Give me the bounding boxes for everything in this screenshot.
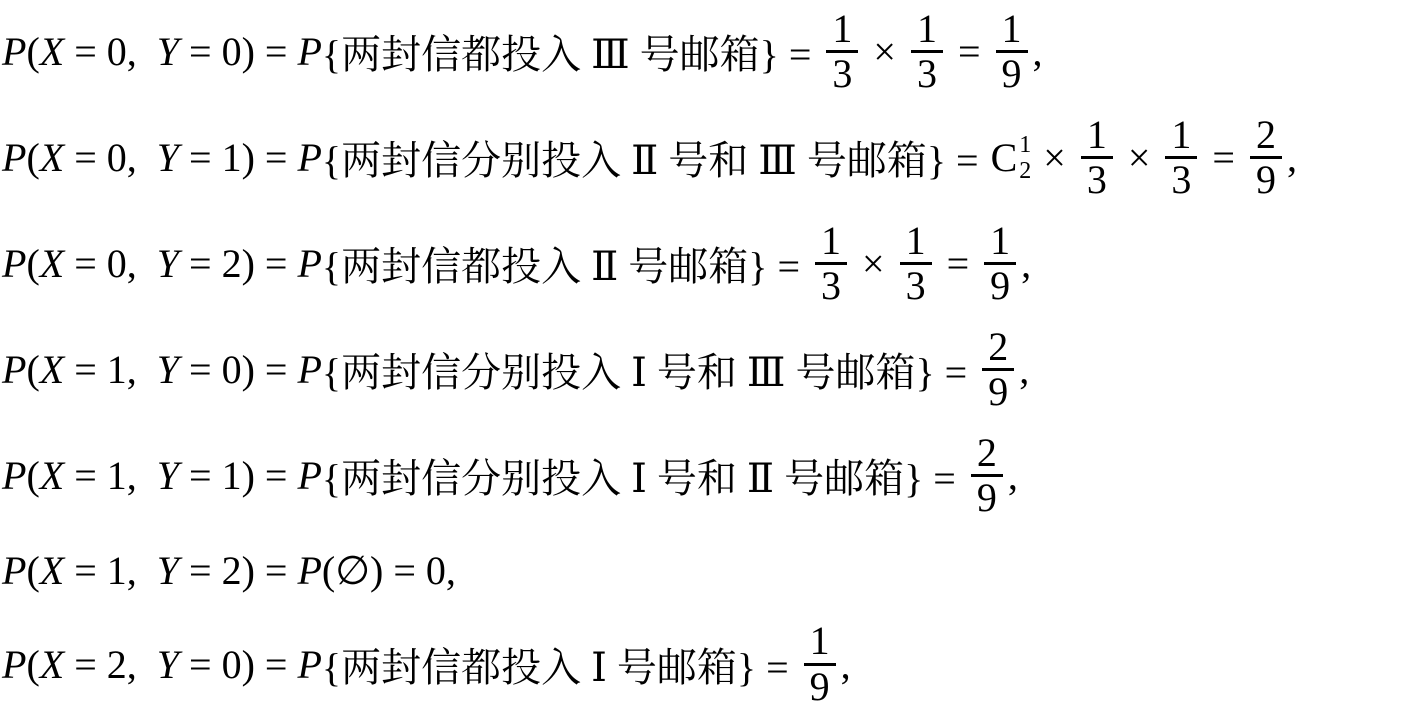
math-text: ( (26, 641, 39, 688)
math-variable: Y (157, 547, 179, 594)
fraction: 13 (911, 8, 943, 96)
math-text: = 2, (64, 641, 157, 688)
math-text: × (852, 240, 895, 287)
math-text: = 1, (64, 452, 157, 499)
math-text: × (1033, 134, 1076, 181)
math-text: = 0) = (179, 641, 297, 688)
fraction-numerator: 2 (971, 432, 1003, 474)
formula-line: P(X = 2, Y = 0) = P{两封信都投入 Ⅰ 号邮箱} = 19, (2, 620, 1412, 708)
math-variable: X (40, 28, 64, 75)
comb-base: C (991, 134, 1018, 181)
fraction-numerator: 1 (804, 620, 836, 662)
math-text: = 1, (64, 547, 157, 594)
fraction-numerator: 1 (984, 220, 1016, 262)
fraction: 13 (1165, 114, 1197, 202)
math-variable: P (2, 547, 26, 594)
math-text: {两封信分别投入 Ⅰ 号和 Ⅱ 号邮箱} = (322, 447, 966, 504)
math-text: = (948, 28, 991, 75)
math-text: , (841, 641, 851, 688)
math-variable: Y (157, 28, 179, 75)
fraction: 19 (996, 8, 1028, 96)
math-text: = 0) = (179, 28, 297, 75)
math-text: {两封信都投入 Ⅱ 号邮箱} = (322, 235, 810, 292)
comb-scripts: 12 (1019, 132, 1031, 185)
fraction-numerator: 1 (826, 8, 858, 50)
math-text: ( (26, 547, 39, 594)
fraction: 13 (826, 8, 858, 96)
formula-line: P(X = 1, Y = 0) = P{两封信分别投入 Ⅰ 号和 Ⅲ 号邮箱} … (2, 326, 1412, 414)
fraction: 29 (1250, 114, 1282, 202)
fraction: 13 (1081, 114, 1113, 202)
math-text: = 0) = (179, 346, 297, 393)
math-variable: X (40, 641, 64, 688)
math-text: , (1019, 346, 1029, 393)
math-variable: P (297, 28, 321, 75)
math-document: P(X = 0, Y = 0) = P{两封信都投入 Ⅲ 号邮箱} = 13 ×… (0, 0, 1418, 724)
math-variable: P (2, 134, 26, 181)
fraction: 29 (982, 326, 1014, 414)
math-variable: Y (157, 346, 179, 393)
fraction: 13 (900, 220, 932, 308)
fraction-denominator: 9 (804, 663, 836, 708)
fraction: 19 (984, 220, 1016, 308)
math-text: = 1, (64, 346, 157, 393)
fraction-denominator: 3 (815, 262, 847, 307)
math-text: ( (26, 240, 39, 287)
fraction-numerator: 1 (815, 220, 847, 262)
math-text: , (1287, 134, 1297, 181)
math-variable: X (40, 452, 64, 499)
fraction-denominator: 9 (1250, 156, 1282, 201)
math-variable: Y (157, 641, 179, 688)
math-text: = 2) = (179, 240, 297, 287)
math-text: {两封信都投入 Ⅲ 号邮箱} = (322, 23, 822, 80)
math-text: , (1021, 240, 1031, 287)
comb-superscript: 1 (1019, 132, 1031, 158)
math-text: = (1202, 134, 1245, 181)
formula-line: P(X = 0, Y = 2) = P{两封信都投入 Ⅱ 号邮箱} = 13 ×… (2, 220, 1412, 308)
fraction-denominator: 9 (982, 368, 1014, 413)
math-text: = 0, (64, 134, 157, 181)
math-variable: P (297, 134, 321, 181)
math-variable: P (2, 641, 26, 688)
math-variable: X (40, 547, 64, 594)
math-text: , (1033, 28, 1043, 75)
fraction-denominator: 3 (911, 50, 943, 95)
math-text: × (863, 28, 906, 75)
fraction-numerator: 2 (1250, 114, 1282, 156)
math-variable: X (40, 240, 64, 287)
fraction-denominator: 3 (1081, 156, 1113, 201)
math-text: ( (26, 28, 39, 75)
math-text: = 0, (64, 240, 157, 287)
formula-line: P(X = 1, Y = 2) = P(∅) = 0, (2, 538, 1412, 602)
math-text: {两封信都投入 Ⅰ 号邮箱} = (322, 636, 799, 693)
math-text: , (1008, 452, 1018, 499)
fraction-numerator: 1 (1081, 114, 1113, 156)
math-variable: P (2, 240, 26, 287)
math-text: × (1118, 134, 1161, 181)
fraction-numerator: 1 (900, 220, 932, 262)
comb-subscript: 2 (1019, 158, 1031, 184)
fraction: 19 (804, 620, 836, 708)
math-variable: P (297, 452, 321, 499)
math-variable: X (40, 134, 64, 181)
math-variable: P (2, 452, 26, 499)
fraction-denominator: 9 (996, 50, 1028, 95)
fraction-numerator: 2 (982, 326, 1014, 368)
math-text: {两封信分别投入 Ⅱ 号和 Ⅲ 号邮箱} = (322, 129, 989, 186)
math-variable: P (297, 641, 321, 688)
formula-line: P(X = 0, Y = 0) = P{两封信都投入 Ⅲ 号邮箱} = 13 ×… (2, 8, 1412, 96)
fraction-denominator: 9 (984, 262, 1016, 307)
math-text: = 2) = (179, 547, 297, 594)
math-variable: P (297, 346, 321, 393)
math-variable: Y (157, 240, 179, 287)
formula-line: P(X = 0, Y = 1) = P{两封信分别投入 Ⅱ 号和 Ⅲ 号邮箱} … (2, 114, 1412, 202)
math-variable: Y (157, 452, 179, 499)
math-text: ( (26, 452, 39, 499)
math-text: ( (26, 346, 39, 393)
math-text: = (937, 240, 980, 287)
math-variable: Y (157, 134, 179, 181)
math-text: {两封信分别投入 Ⅰ 号和 Ⅲ 号邮箱} = (322, 341, 977, 398)
fraction-denominator: 9 (971, 474, 1003, 519)
fraction: 13 (815, 220, 847, 308)
math-text: ( (26, 134, 39, 181)
math-variable: P (297, 547, 321, 594)
fraction-denominator: 3 (900, 262, 932, 307)
math-text: = 0, (64, 28, 157, 75)
math-text: (∅) = 0, (322, 547, 456, 594)
fraction: 29 (971, 432, 1003, 520)
math-variable: X (40, 346, 64, 393)
formula-line: P(X = 1, Y = 1) = P{两封信分别投入 Ⅰ 号和 Ⅱ 号邮箱} … (2, 432, 1412, 520)
fraction-denominator: 3 (1165, 156, 1197, 201)
fraction-numerator: 1 (1165, 114, 1197, 156)
fraction-numerator: 1 (911, 8, 943, 50)
math-text: = 1) = (179, 134, 297, 181)
fraction-denominator: 3 (826, 50, 858, 95)
math-variable: P (2, 346, 26, 393)
math-variable: P (297, 240, 321, 287)
combination-symbol: C12 (991, 132, 1032, 185)
math-text: = 1) = (179, 452, 297, 499)
fraction-numerator: 1 (996, 8, 1028, 50)
math-variable: P (2, 28, 26, 75)
